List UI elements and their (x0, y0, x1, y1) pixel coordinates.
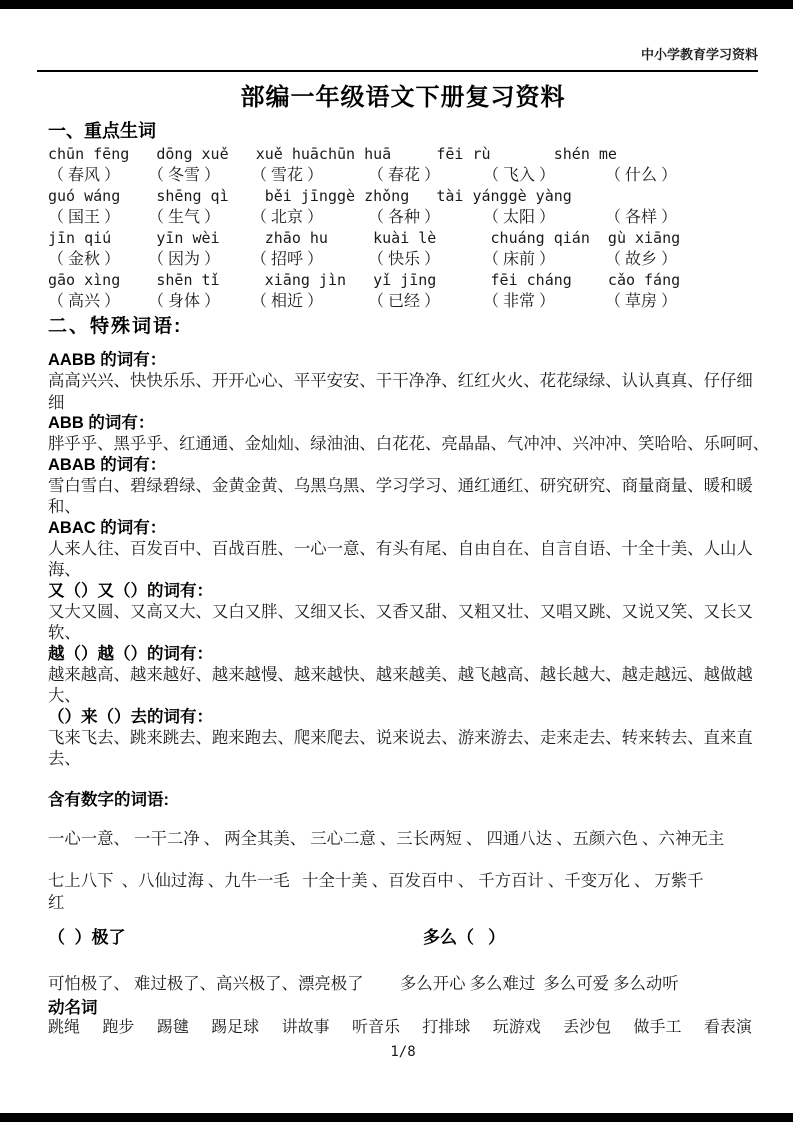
word-cell: （ 非常 ） (483, 291, 605, 312)
group-line: 和、 (48, 496, 758, 518)
duome-heading: 多么（ ） (423, 927, 505, 949)
group-label: 又（）又（）的词有： (48, 581, 758, 601)
word-cell: （ 招呼 ） (251, 249, 368, 270)
word-cell: （ 床前 ） (483, 249, 605, 270)
group-line: 软、 (48, 622, 758, 644)
group-line: 飞来飞去、跳来跳去、跑来跑去、爬来爬去、说来说去、游来游去、走来走去、转来转去、… (48, 727, 758, 749)
group-line: 高高兴兴、快快乐乐、开开心心、平平安安、干干净净、红红火火、花花绿绿、认认真真、… (48, 370, 758, 392)
verb-item: 踢毽 (157, 1018, 189, 1038)
words-row: （ 高兴 ）（ 身体 ）（ 相近 ）（ 已经 ）（ 非常 ）（ 草房 ） (48, 291, 758, 312)
verb-item: 看表演 (704, 1018, 752, 1038)
numbers-paragraph-1: 一心一意、 一干二净 、 两全其美、 三心二意 、三长两短 、 四通八达 、五颜… (48, 828, 758, 850)
word-cell: （ 春风 ） (48, 165, 148, 186)
word-cell: （ 高兴 ） (48, 291, 148, 312)
words-row: （ 春风 ）（ 冬雪 ）（ 雪花 ）（ 春花 ）（ 飞入 ）（ 什么 ） (48, 165, 758, 186)
word-group: 又（）又（）的词有：又大又圆、又高又大、又白又胖、又细又长、又香又甜、又粗又壮、… (48, 581, 758, 644)
numbers-line: 一心一意、 一干二净 、 两全其美、 三心二意 、三长两短 、 四通八达 、五颜… (48, 828, 758, 850)
word-group: AABB 的词有：高高兴兴、快快乐乐、开开心心、平平安安、干干净净、红红火火、花… (48, 350, 758, 413)
degree-headings-row: （ ）极了 多么（ ） (48, 927, 758, 949)
word-group: ABB 的词有：胖乎乎、黑乎乎、红通通、金灿灿、绿油油、白花花、亮晶晶、气冲冲、… (48, 413, 758, 455)
verb-item: 做手工 (634, 1018, 682, 1038)
group-line: 海、 (48, 559, 758, 581)
word-cell: （ 身体 ） (148, 291, 251, 312)
word-cell: （ 春花 ） (368, 165, 483, 186)
page-title: 部编一年级语文下册复习资料 (48, 82, 758, 114)
word-cell: （ 国王 ） (48, 207, 148, 228)
word-cell: （ 相近 ） (251, 291, 368, 312)
jile-examples: 可怕极了、 难过极了、高兴极了、漂亮极了 (48, 973, 400, 994)
header-rule (37, 70, 758, 72)
word-cell: （ 金秋 ） (48, 249, 148, 270)
verb-nouns-list: 跳绳跑步踢毽踢足球讲故事听音乐打排球玩游戏丢沙包做手工看表演 (48, 1018, 752, 1038)
verb-item: 丢沙包 (563, 1018, 611, 1038)
word-cell: （ 冬雪 ） (148, 165, 251, 186)
group-line: 去、 (48, 748, 758, 770)
page-number: 1/8 (48, 1043, 758, 1061)
verb-item: 讲故事 (282, 1018, 330, 1038)
numbers-paragraph-2: 七上八下 、八仙过海 、九牛一毛 十全十美 、百发百中 、 千方百计 、千变万化… (48, 870, 758, 913)
group-line: 雪白雪白、碧绿碧绿、金黄金黄、乌黑乌黑、学习学习、通红通红、研究研究、商量商量、… (48, 475, 758, 497)
vocab-list: chūn fēng dōng xuě xuě huāchūn huā fēi r… (48, 144, 758, 312)
verb-item: 打排球 (422, 1018, 470, 1038)
word-group: 越（）越（）的词有：越来越高、越来越好、越来越慢、越来越快、越来越美、越飞越高、… (48, 644, 758, 707)
pinyin-line: chūn fēng dōng xuě xuě huāchūn huā fēi r… (48, 144, 758, 165)
group-label: ABAB 的词有： (48, 455, 758, 475)
group-label: 越（）越（）的词有： (48, 644, 758, 664)
word-cell: （ 雪花 ） (251, 165, 368, 186)
group-label: AABB 的词有： (48, 350, 758, 370)
jile-heading: （ ）极了 (48, 927, 423, 949)
verb-item: 踢足球 (211, 1018, 259, 1038)
group-line: 越来越高、越来越好、越来越慢、越来越快、越来越美、越飞越高、越长越大、越走越远、… (48, 664, 758, 686)
verb-item: 玩游戏 (493, 1018, 541, 1038)
word-cell: （ 太阳 ） (483, 207, 605, 228)
word-cell: （ 各样 ） (605, 207, 715, 228)
pinyin-line: jīn qiú yīn wèi zhāo hu kuài lè chuáng q… (48, 228, 758, 249)
pinyin-line: gāo xìng shēn tǐ xiāng jìn yǐ jīng fēi c… (48, 270, 758, 291)
verb-item: 听音乐 (352, 1018, 400, 1038)
duome-examples: 多么开心 多么难过 多么可爱 多么动听 (400, 973, 679, 994)
word-cell: （ 因为 ） (148, 249, 251, 270)
pinyin-line: guó wáng shēng qì běi jīnggè zhǒng tài y… (48, 186, 758, 207)
group-label: （）来（）去的词有： (48, 707, 758, 727)
header-watermark: 中小学教育学习资料 (48, 48, 758, 62)
word-cell: （ 北京 ） (251, 207, 368, 228)
words-row: （ 金秋 ）（ 因为 ）（ 招呼 ）（ 快乐 ）（ 床前 ）（ 故乡 ） (48, 249, 758, 270)
numbers-line: 红 (48, 892, 758, 914)
group-line: 细 (48, 392, 758, 414)
document-page: 中小学教育学习资料 部编一年级语文下册复习资料 一、重点生词 chūn fēng… (0, 0, 793, 1122)
numbers-line: 七上八下 、八仙过海 、九牛一毛 十全十美 、百发百中 、 千方百计 、千变万化… (48, 870, 758, 892)
word-cell: （ 故乡 ） (605, 249, 715, 270)
word-cell: （ 快乐 ） (368, 249, 483, 270)
word-cell: （ 已经 ） (368, 291, 483, 312)
degree-examples-row: 可怕极了、 难过极了、高兴极了、漂亮极了 多么开心 多么难过 多么可爱 多么动听 (48, 973, 758, 994)
word-group: （）来（）去的词有：飞来飞去、跳来跳去、跑来跑去、爬来爬去、说来说去、游来游去、… (48, 707, 758, 770)
words-row: （ 国王 ）（ 生气 ）（ 北京 ）（ 各种 ）（ 太阳 ）（ 各样 ） (48, 207, 758, 228)
word-group: ABAC 的词有：人来人往、百发百中、百战百胜、一心一意、有头有尾、自由自在、自… (48, 518, 758, 581)
word-cell: （ 什么 ） (605, 165, 715, 186)
section1-heading: 一、重点生词 (48, 120, 758, 142)
word-pattern-groups: AABB 的词有：高高兴兴、快快乐乐、开开心心、平平安安、干干净净、红红火火、花… (48, 350, 758, 770)
word-cell: （ 草房 ） (605, 291, 715, 312)
group-line: 又大又圆、又高又大、又白又胖、又细又长、又香又甜、又粗又壮、又唱又跳、又说又笑、… (48, 601, 758, 623)
word-cell: （ 生气 ） (148, 207, 251, 228)
section2-heading: 二、特殊词语: (48, 314, 758, 340)
page-content: 中小学教育学习资料 部编一年级语文下册复习资料 一、重点生词 chūn fēng… (48, 0, 758, 1061)
verb-item: 跳绳 (48, 1018, 80, 1038)
group-label: ABB 的词有： (48, 413, 758, 433)
bottom-border-bar (0, 1113, 793, 1122)
verb-nouns-heading: 动名词 (48, 998, 758, 1018)
word-cell: （ 飞入 ） (483, 165, 605, 186)
group-label: ABAC 的词有： (48, 518, 758, 538)
word-group: ABAB 的词有：雪白雪白、碧绿碧绿、金黄金黄、乌黑乌黑、学习学习、通红通红、研… (48, 455, 758, 518)
word-cell: （ 各种 ） (368, 207, 483, 228)
numbers-heading: 含有数字的词语: (48, 790, 758, 810)
group-line: 大、 (48, 685, 758, 707)
verb-item: 跑步 (102, 1018, 134, 1038)
group-line: 人来人往、百发百中、百战百胜、一心一意、有头有尾、自由自在、自言自语、十全十美、… (48, 538, 758, 560)
group-line: 胖乎乎、黑乎乎、红通通、金灿灿、绿油油、白花花、亮晶晶、气冲冲、兴冲冲、笑哈哈、… (48, 433, 758, 455)
